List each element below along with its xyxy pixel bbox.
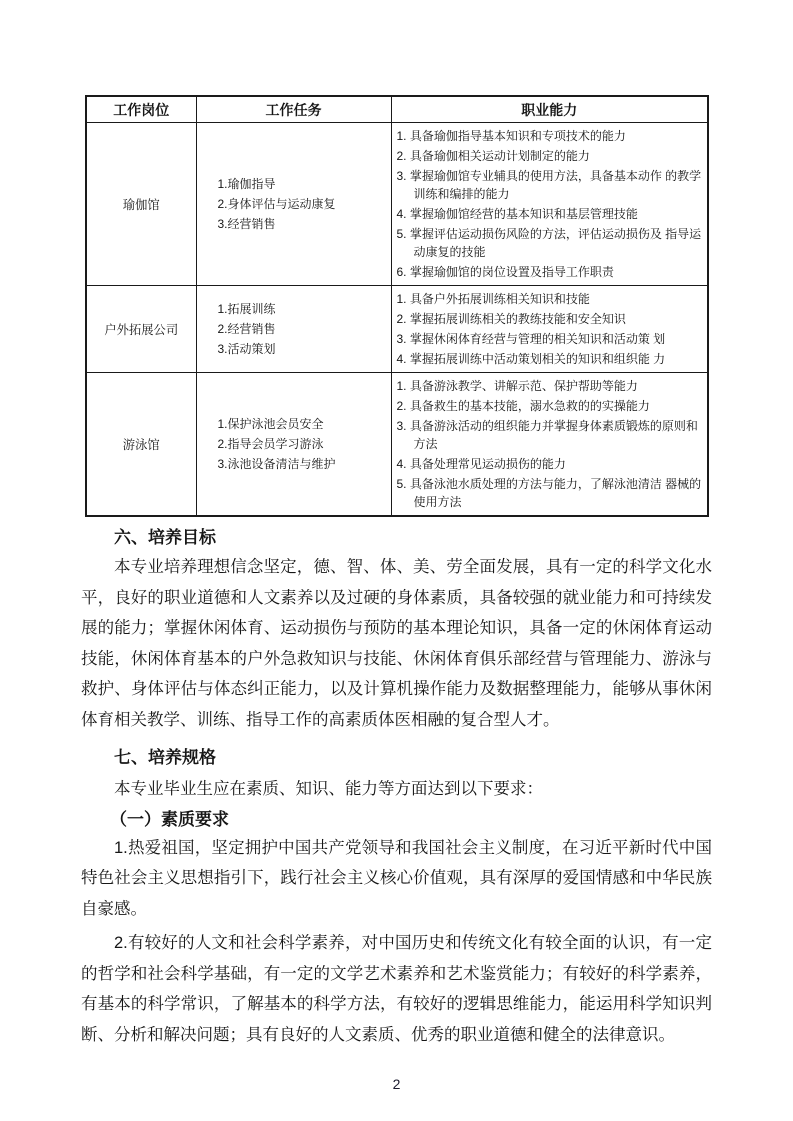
- subsection-heading-quality: （一）素质要求: [81, 809, 712, 831]
- position-cell: 游泳馆: [86, 373, 196, 517]
- task-item: 1.保护泳池会员安全: [218, 414, 389, 434]
- training-goal-paragraph: 本专业培养理想信念坚定，德、智、体、美、劳全面发展，具有一定的科学文化水平，良好…: [81, 552, 712, 735]
- ability-item: 4. 掌握瑜伽馆经营的基本知识和基层管理技能: [397, 205, 704, 223]
- task-item: 2.身体评估与运动康复: [218, 194, 389, 214]
- ability-item: 2. 具备救生的基本技能，溺水急救的的实操能力: [397, 397, 704, 415]
- quality-requirement-1: 1.热爱祖国，坚定拥护中国共产党领导和我国社会主义制度，在习近平新时代中国特色社…: [81, 833, 712, 925]
- table-row-swimming: 游泳馆 1.保护泳池会员安全 2.指导会员学习游泳 3.泳池设备清洁与维护 1.…: [86, 373, 708, 517]
- ability-item: 2. 具备瑜伽相关运动计划制定的能力: [397, 147, 704, 165]
- quality-requirement-2: 2.有较好的人文和社会科学素养，对中国历史和传统文化有较全面的认识，有一定的哲学…: [81, 928, 712, 1050]
- page-content: 工作岗位 工作任务 职业能力 瑜伽馆 1.瑜伽指导 2.身体评估与运动康复 3.…: [81, 95, 712, 1092]
- header-abilities: 职业能力: [391, 96, 708, 123]
- header-tasks: 工作任务: [196, 96, 391, 123]
- task-item: 3.泳池设备清洁与维护: [218, 454, 389, 474]
- table-row-yoga: 瑜伽馆 1.瑜伽指导 2.身体评估与运动康复 3.经营销售 1. 具备瑜伽指导基…: [86, 123, 708, 286]
- training-spec-intro: 本专业毕业生应在素质、知识、能力等方面达到以下要求：: [81, 774, 712, 805]
- ability-item: 3. 具备游泳活动的组织能力并掌握身体素质锻炼的原则和方法: [397, 417, 704, 453]
- ability-item: 3. 掌握休闲体育经营与管理的相关知识和活动策 划: [397, 330, 704, 348]
- abilities-cell: 1. 具备瑜伽指导基本知识和专项技术的能力 2. 具备瑜伽相关运动计划制定的能力…: [391, 123, 708, 286]
- table-header-row: 工作岗位 工作任务 职业能力: [86, 96, 708, 123]
- tasks-cell: 1.拓展训练 2.经营销售 3.活动策划: [196, 286, 391, 373]
- tasks-cell: 1.保护泳池会员安全 2.指导会员学习游泳 3.泳池设备清洁与维护: [196, 373, 391, 517]
- task-item: 1.瑜伽指导: [218, 174, 389, 194]
- ability-item: 1. 具备游泳教学、讲解示范、保护帮助等能力: [397, 377, 704, 395]
- abilities-cell: 1. 具备户外拓展训练相关知识和技能 2. 掌握拓展训练相关的教练技能和安全知识…: [391, 286, 708, 373]
- ability-item: 6. 掌握瑜伽馆的岗位设置及指导工作职责: [397, 263, 704, 281]
- header-position: 工作岗位: [86, 96, 196, 123]
- ability-item: 3. 掌握瑜伽馆专业辅具的使用方法，具备基本动作 的教学训练和编排的能力: [397, 167, 704, 203]
- position-cell: 瑜伽馆: [86, 123, 196, 286]
- tasks-cell: 1.瑜伽指导 2.身体评估与运动康复 3.经营销售: [196, 123, 391, 286]
- task-item: 3.经营销售: [218, 214, 389, 234]
- ability-item: 5. 掌握评估运动损伤风险的方法，评估运动损伤及 指导运动康复的技能: [397, 225, 704, 261]
- table-row-outdoor: 户外拓展公司 1.拓展训练 2.经营销售 3.活动策划 1. 具备户外拓展训练相…: [86, 286, 708, 373]
- ability-item: 1. 具备瑜伽指导基本知识和专项技术的能力: [397, 127, 704, 145]
- task-item: 3.活动策划: [218, 339, 389, 359]
- task-item: 2.指导会员学习游泳: [218, 434, 389, 454]
- job-ability-table: 工作岗位 工作任务 职业能力 瑜伽馆 1.瑜伽指导 2.身体评估与运动康复 3.…: [85, 95, 709, 517]
- abilities-cell: 1. 具备游泳教学、讲解示范、保护帮助等能力 2. 具备救生的基本技能，溺水急救…: [391, 373, 708, 517]
- page-number: 2: [81, 1076, 712, 1092]
- task-item: 1.拓展训练: [218, 299, 389, 319]
- position-cell: 户外拓展公司: [86, 286, 196, 373]
- ability-item: 5. 具备泳池水质处理的方法与能力，了解泳池清洁 器械的使用方法: [397, 475, 704, 511]
- ability-item: 4. 具备处理常见运动损伤的能力: [397, 455, 704, 473]
- document-page: 工作岗位 工作任务 职业能力 瑜伽馆 1.瑜伽指导 2.身体评估与运动康复 3.…: [0, 0, 793, 1121]
- section-heading-training-spec: 七、培养规格: [81, 747, 712, 769]
- ability-item: 2. 掌握拓展训练相关的教练技能和安全知识: [397, 310, 704, 328]
- ability-item: 1. 具备户外拓展训练相关知识和技能: [397, 290, 704, 308]
- task-item: 2.经营销售: [218, 319, 389, 339]
- ability-item: 4. 掌握拓展训练中活动策划相关的知识和组织能 力: [397, 350, 704, 368]
- section-heading-training-goal: 六、培养目标: [81, 527, 712, 549]
